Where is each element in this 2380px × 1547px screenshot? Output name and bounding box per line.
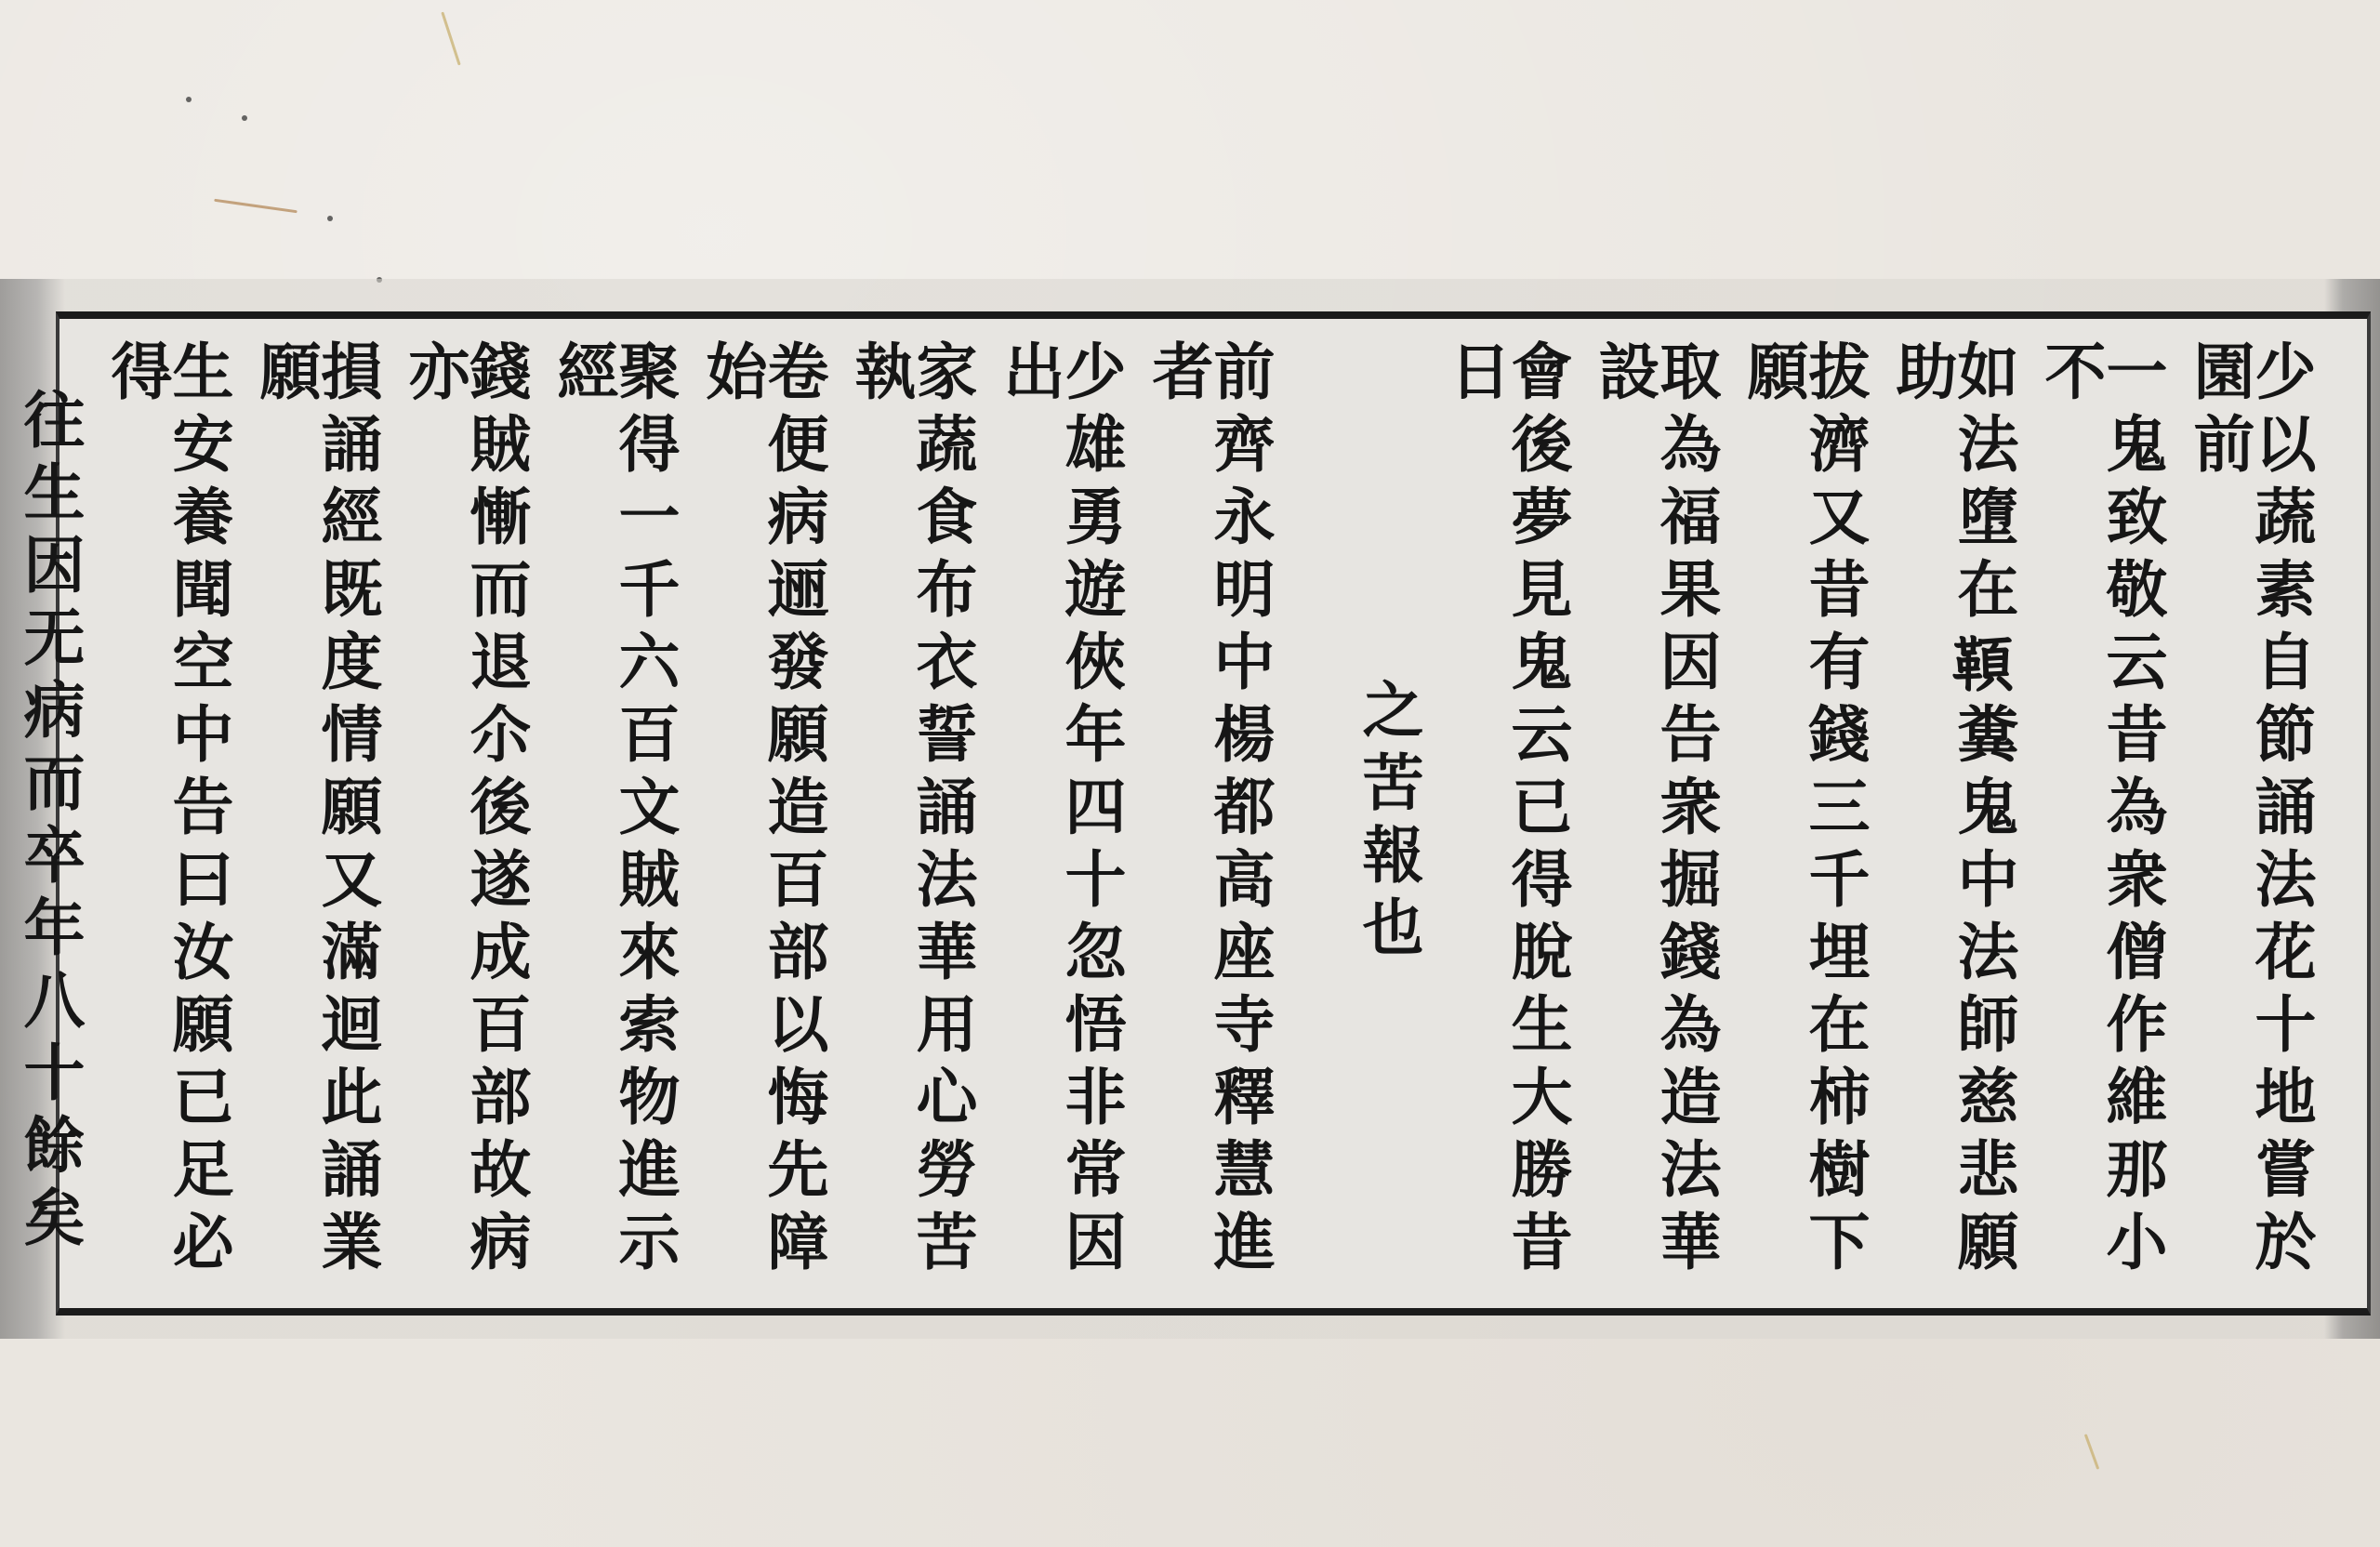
text-column: 卷便病逦發願造百部以悔先障始 — [675, 339, 824, 1306]
text-column: 聚得一千六百文賊來索物進示經 — [526, 339, 675, 1306]
text-column: 前齊永明中楊都高座寺釋慧進者 — [1121, 339, 1270, 1306]
text-column: 拔濟又昔有錢三千埋在柿樹下願 — [1716, 339, 1865, 1306]
text-column: 生安養聞空中告曰汝願已足必得 — [80, 339, 229, 1306]
text-column: 之苦報也 — [1270, 339, 1419, 1306]
paper-speck — [242, 115, 247, 121]
text-columns: 少以蔬素自節誦法花十地嘗於園前 一鬼致敬云昔為衆僧作維那小不 如法墮在𩔈糞鬼中法… — [59, 319, 2367, 1308]
text-column: 家蔬食布衣誓誦法華用心勞苦執 — [824, 339, 972, 1306]
text-column: 錢賊慚而退尒後遂成百部故病亦 — [377, 339, 526, 1306]
text-column: 如法墮在𩔈糞鬼中法師慈悲願助 — [1865, 339, 2014, 1306]
text-column: 損誦經既度情願又滿迴此誦業願 — [229, 339, 377, 1306]
printed-text-block: 少以蔬素自節誦法花十地嘗於園前 一鬼致敬云昔為衆僧作維那小不 如法墮在𩔈糞鬼中法… — [56, 311, 2371, 1316]
text-column: 少以蔬素自節誦法花十地嘗於園前 — [2162, 339, 2311, 1306]
text-column: 取為福果因告衆掘錢為造法華設 — [1567, 339, 1716, 1306]
text-column: 一鬼致敬云昔為衆僧作維那小不 — [2014, 339, 2162, 1306]
text-column: 會後夢見鬼云已得脫生大勝昔日 — [1419, 339, 1567, 1306]
text-column: 少雄勇遊俠年四十忽悟非常因出 — [972, 339, 1121, 1306]
paper-speck — [186, 97, 192, 102]
text-column: 往生因无病而卒年八十餘矣 — [0, 339, 80, 1306]
paper-speck — [327, 216, 333, 221]
